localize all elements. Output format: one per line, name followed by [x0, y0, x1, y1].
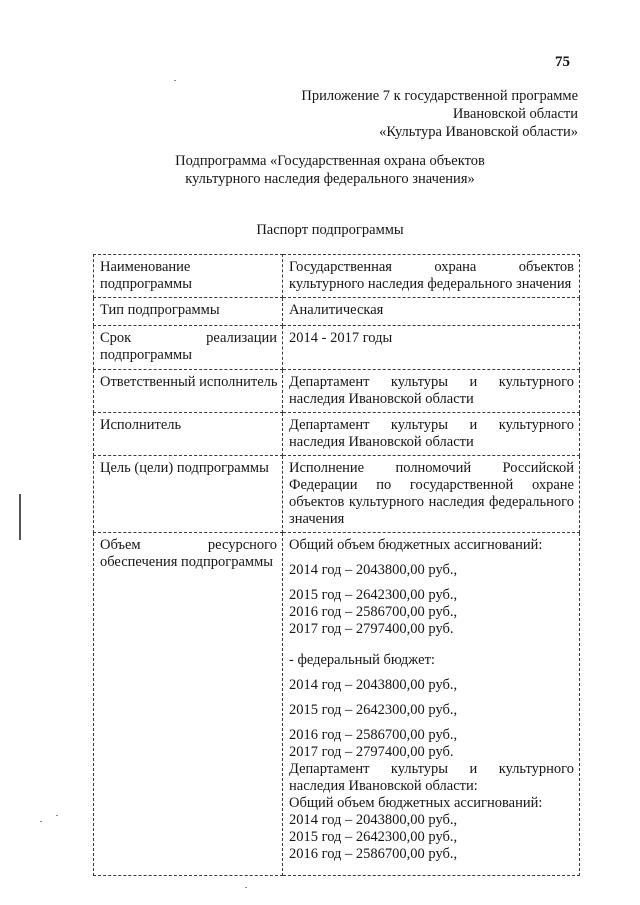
label-line: Исполнитель — [100, 417, 277, 434]
federal-budget-2015: 2015 год – 2642300,00 руб., — [289, 702, 574, 719]
subprogram-title-line-1: Подпрограмма «Государственная охрана объ… — [150, 152, 510, 170]
total-budget-2015: 2015 год – 2642300,00 руб., — [289, 587, 574, 604]
federal-budget-2017: 2017 год – 2797400,00 руб. — [289, 744, 574, 761]
passport-table: Наименование подпрограммы Государственна… — [93, 254, 580, 876]
page-number: 75 — [555, 54, 570, 71]
department-line-2: наследия Ивановской области: — [289, 778, 574, 795]
total-budget-2017: 2017 год – 2797400,00 руб. — [289, 621, 574, 638]
row-label: Исполнитель — [94, 413, 283, 456]
row-value: Общий объем бюджетных ассигнований: 2014… — [283, 533, 580, 876]
appendix-line-3: «Культура Ивановской области» — [258, 123, 578, 141]
total-budget-2016: 2016 год – 2586700,00 руб., — [289, 604, 574, 621]
table-row-executor: Исполнитель Департамент культуры и культ… — [94, 413, 580, 456]
row-value: Аналитическая — [283, 298, 580, 326]
appendix-line-2: Ивановской области — [258, 105, 578, 123]
value-line: 2014 - 2017 годы — [289, 330, 574, 347]
federal-budget-heading: - федеральный бюджет: — [289, 652, 574, 669]
row-label: Объем ресурсного обеспечения подпрограмм… — [94, 533, 283, 876]
appendix-line-1: Приложение 7 к государственной программе — [258, 87, 578, 105]
label-line: Наименование — [100, 259, 277, 276]
value-line: наследия Ивановской области — [289, 391, 574, 408]
federal-budget-2014: 2014 год – 2043800,00 руб., — [289, 677, 574, 694]
department-budget-2016: 2016 год – 2586700,00 руб., — [289, 846, 574, 863]
subprogram-title: Подпрограмма «Государственная охрана объ… — [150, 152, 510, 188]
subprogram-title-line-2: культурного наследия федерального значен… — [150, 170, 510, 188]
scan-artifact-mark — [19, 494, 21, 540]
value-line: Федерации по государственной охране — [289, 477, 574, 494]
row-label: Цель (цели) подпрограммы — [94, 456, 283, 533]
label-line: Тип подпрограммы — [100, 302, 277, 319]
row-value: Департамент культуры и культурного насле… — [283, 413, 580, 456]
row-value: Исполнение полномочий Российской Федерац… — [283, 456, 580, 533]
department-budget-2015: 2015 год – 2642300,00 руб., — [289, 829, 574, 846]
row-label: Ответственный исполнитель — [94, 370, 283, 413]
value-line: наследия Ивановской области — [289, 434, 574, 451]
federal-budget-2016: 2016 год – 2586700,00 руб., — [289, 727, 574, 744]
table-row-resources: Объем ресурсного обеспечения подпрограмм… — [94, 533, 580, 876]
row-label: Наименование подпрограммы — [94, 255, 283, 298]
table-row-responsible-executor: Ответственный исполнитель Департамент ку… — [94, 370, 580, 413]
scan-artifact-dot — [174, 80, 176, 81]
label-line: Объем ресурсного — [100, 537, 277, 554]
value-line: Департамент культуры и культурного — [289, 374, 574, 391]
value-line: объектов культурного наследия федерально… — [289, 494, 574, 511]
label-line: обеспечения подпрограммы — [100, 554, 277, 571]
scan-artifact-dot — [40, 821, 42, 822]
label-line: Цель (цели) подпрограммы — [100, 460, 277, 477]
table-row-name: Наименование подпрограммы Государственна… — [94, 255, 580, 298]
department-line-1: Департамент культуры и культурного — [289, 761, 574, 778]
value-line: значения — [289, 511, 574, 528]
row-value: Государственная охрана объектов культурн… — [283, 255, 580, 298]
scan-artifact-dot — [56, 815, 58, 816]
label-line: подпрограммы — [100, 347, 277, 364]
value-line: Исполнение полномочий Российской — [289, 460, 574, 477]
scan-artifact-dot — [245, 887, 247, 888]
value-line: Государственная охрана объектов — [289, 259, 574, 276]
department-budget-heading: Общий объем бюджетных ассигнований: — [289, 795, 574, 812]
total-budget-heading: Общий объем бюджетных ассигнований: — [289, 537, 574, 554]
label-line: Срок реализации — [100, 330, 277, 347]
total-budget-2014: 2014 год – 2043800,00 руб., — [289, 562, 574, 579]
department-budget-2014: 2014 год – 2043800,00 руб., — [289, 812, 574, 829]
row-label: Срок реализации подпрограммы — [94, 326, 283, 370]
table-row-type: Тип подпрограммы Аналитическая — [94, 298, 580, 326]
row-label: Тип подпрограммы — [94, 298, 283, 326]
table-row-period: Срок реализации подпрограммы 2014 - 2017… — [94, 326, 580, 370]
appendix-header: Приложение 7 к государственной программе… — [258, 87, 578, 141]
passport-title: Паспорт подпрограммы — [150, 222, 510, 239]
value-line: Департамент культуры и культурного — [289, 417, 574, 434]
label-line: Ответственный исполнитель — [100, 374, 277, 391]
label-line: подпрограммы — [100, 276, 277, 293]
value-line: культурного наследия федерального значен… — [289, 276, 574, 293]
row-value: 2014 - 2017 годы — [283, 326, 580, 370]
table-row-goal: Цель (цели) подпрограммы Исполнение полн… — [94, 456, 580, 533]
value-line: Аналитическая — [289, 302, 574, 319]
row-value: Департамент культуры и культурного насле… — [283, 370, 580, 413]
